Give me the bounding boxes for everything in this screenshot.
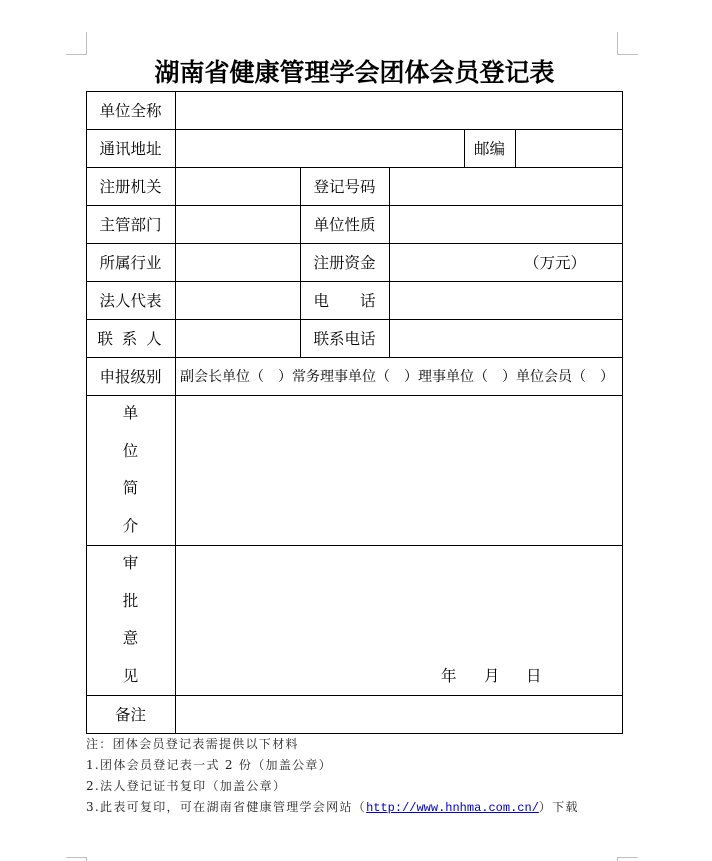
legal-rep-field[interactable] xyxy=(176,282,300,318)
page-corner-mark-top-right xyxy=(617,32,618,54)
unit-nature-field[interactable] xyxy=(390,206,622,242)
notes-item-3: 3.此表可复印，可在湖南省健康管理学会网站（http://www.hnhma.c… xyxy=(86,797,579,818)
page-corner-mark-bottom-right xyxy=(617,857,638,858)
page-title: 湖南省健康管理学会团体会员登记表 xyxy=(86,56,623,90)
approval-label: 审 批 意 见 xyxy=(86,545,175,695)
notes-item-1: 1.团体会员登记表一式 2 份（加盖公章） xyxy=(86,755,579,776)
remarks-field[interactable] xyxy=(176,696,622,732)
page-corner-mark-bottom-right xyxy=(617,857,618,861)
phone-field[interactable] xyxy=(390,282,622,318)
intro-label: 单 位 简 介 xyxy=(86,395,175,545)
postcode-label: 邮编 xyxy=(464,129,515,167)
legal-rep-label: 法人代表 xyxy=(86,281,175,319)
approval-field[interactable] xyxy=(176,546,622,694)
phone-label: 电 话 xyxy=(300,281,389,319)
page-corner-mark-top-right xyxy=(617,54,638,55)
notes: 注：团体会员登记表需提供以下材料 1.团体会员登记表一式 2 份（加盖公章） 2… xyxy=(86,734,579,818)
website-link[interactable]: http://www.hnhma.com.cn/ xyxy=(366,801,539,815)
unit-name-field[interactable] xyxy=(176,92,622,128)
reg-capital-unit: （万元） xyxy=(524,251,586,273)
contact-field[interactable] xyxy=(176,320,300,356)
page-corner-mark-top-left xyxy=(66,54,87,55)
level-options[interactable]: 副会长单位（ ）常务理事单位（ ）理事单位（ ）单位会员（ ） xyxy=(180,357,620,395)
industry-field[interactable] xyxy=(176,244,300,280)
reg-number-field[interactable] xyxy=(390,168,622,204)
intro-field[interactable] xyxy=(176,396,622,544)
reg-authority-field[interactable] xyxy=(176,168,300,204)
contact-phone-label: 联系电话 xyxy=(300,319,389,357)
supervisor-label: 主管部门 xyxy=(86,205,175,243)
date-day: 日 xyxy=(526,660,542,690)
notes-item-2: 2.法人登记证书复印（加盖公章） xyxy=(86,776,579,797)
unit-name-label: 单位全称 xyxy=(86,91,175,129)
postcode-field[interactable] xyxy=(516,130,622,166)
reg-number-label: 登记号码 xyxy=(300,167,389,205)
level-label: 申报级别 xyxy=(86,357,175,395)
notes-heading: 注：团体会员登记表需提供以下材料 xyxy=(86,734,579,755)
address-field[interactable] xyxy=(176,130,464,166)
supervisor-field[interactable] xyxy=(176,206,300,242)
reg-authority-label: 注册机关 xyxy=(86,167,175,205)
contact-label: 联 系 人 xyxy=(86,319,175,357)
reg-capital-field[interactable]: （万元） xyxy=(390,244,622,280)
unit-nature-label: 单位性质 xyxy=(300,205,389,243)
remarks-label: 备注 xyxy=(86,695,175,733)
page-corner-mark-bottom-left xyxy=(66,857,87,858)
industry-label: 所属行业 xyxy=(86,243,175,281)
page-corner-mark-bottom-left xyxy=(86,857,87,861)
reg-capital-label: 注册资金 xyxy=(300,243,389,281)
date-month: 月 xyxy=(484,660,500,690)
page-corner-mark-top-left xyxy=(86,32,87,54)
address-label: 通讯地址 xyxy=(86,129,175,167)
date-year: 年 xyxy=(441,660,457,690)
contact-phone-field[interactable] xyxy=(390,320,622,356)
